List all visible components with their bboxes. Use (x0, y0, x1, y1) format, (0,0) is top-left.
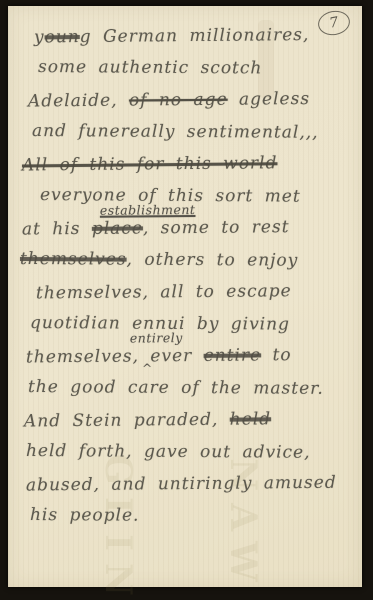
struck-text: themselves (20, 249, 127, 270)
handwritten-text: and funereally sentimental,,, (32, 121, 319, 143)
handwritten-text: Adelaide, (28, 91, 129, 112)
struck-text: of no age (129, 90, 228, 111)
photograph-background: GLIN NAW 7 young German millionaires, so… (0, 0, 373, 600)
handwritten-text: And Stein paraded, (24, 410, 230, 432)
manuscript-line: And Stein paraded, held (24, 403, 358, 438)
handwritten-text: abused, and untiringly amused (26, 473, 337, 496)
handwritten-text: to (261, 345, 292, 365)
manuscript-line: All of this for this world (22, 147, 358, 182)
manuscript-line: and funereally sentimental,,, (32, 115, 358, 149)
manuscript-line: held forth, gave out advice, (26, 435, 358, 469)
manuscript-line: some authentic scotch (38, 51, 358, 85)
handwritten-text: , others to enjoy (127, 250, 299, 271)
manuscript-line: the good care of the master. (28, 371, 358, 405)
struck-text: entire (204, 345, 262, 366)
struck-line: All of this for this world (22, 153, 278, 175)
handwritten-text: held forth, gave out advice, (26, 441, 311, 463)
manuscript-text: young German millionaires, some authenti… (20, 20, 358, 532)
manuscript-line: establishment at his place, some to rest (22, 211, 358, 246)
manuscript-line: themselves, all to escape (36, 275, 358, 310)
manuscript-line: young German millionaires, (34, 19, 358, 54)
struck-text: oun (45, 27, 80, 47)
handwritten-text: , some to rest (143, 217, 290, 238)
handwritten-text: g German millionaires, (80, 25, 310, 47)
handwritten-text: his people. (30, 505, 140, 526)
handwritten-text: at his (22, 219, 92, 240)
manuscript-line: entirely ^ themselves, ever entire to (26, 339, 358, 374)
manuscript-line: quotidian ennui by giving (30, 307, 358, 341)
inserted-word: entirely (130, 332, 183, 344)
struck-text: held (230, 409, 272, 429)
manuscript-line: themselves, others to enjoy (20, 243, 358, 277)
manuscript-line: everyone of this sort met (40, 179, 358, 213)
handwritten-text: some authentic scotch (38, 57, 263, 78)
manuscript-line: his people. (30, 499, 358, 533)
handwritten-text: ageless (228, 89, 311, 110)
handwritten-text: y (34, 27, 45, 47)
struck-text: place (92, 218, 143, 238)
manuscript-page: GLIN NAW 7 young German millionaires, so… (8, 6, 362, 587)
manuscript-line: Adelaide, of no age ageless (28, 83, 358, 118)
handwritten-text: themselves, (26, 346, 139, 367)
handwritten-text: the good care of the master. (28, 377, 324, 399)
inserted-word: establishment (100, 204, 196, 217)
manuscript-line: abused, and untiringly amused (26, 467, 358, 502)
handwritten-text: themselves, all to escape (36, 281, 292, 303)
